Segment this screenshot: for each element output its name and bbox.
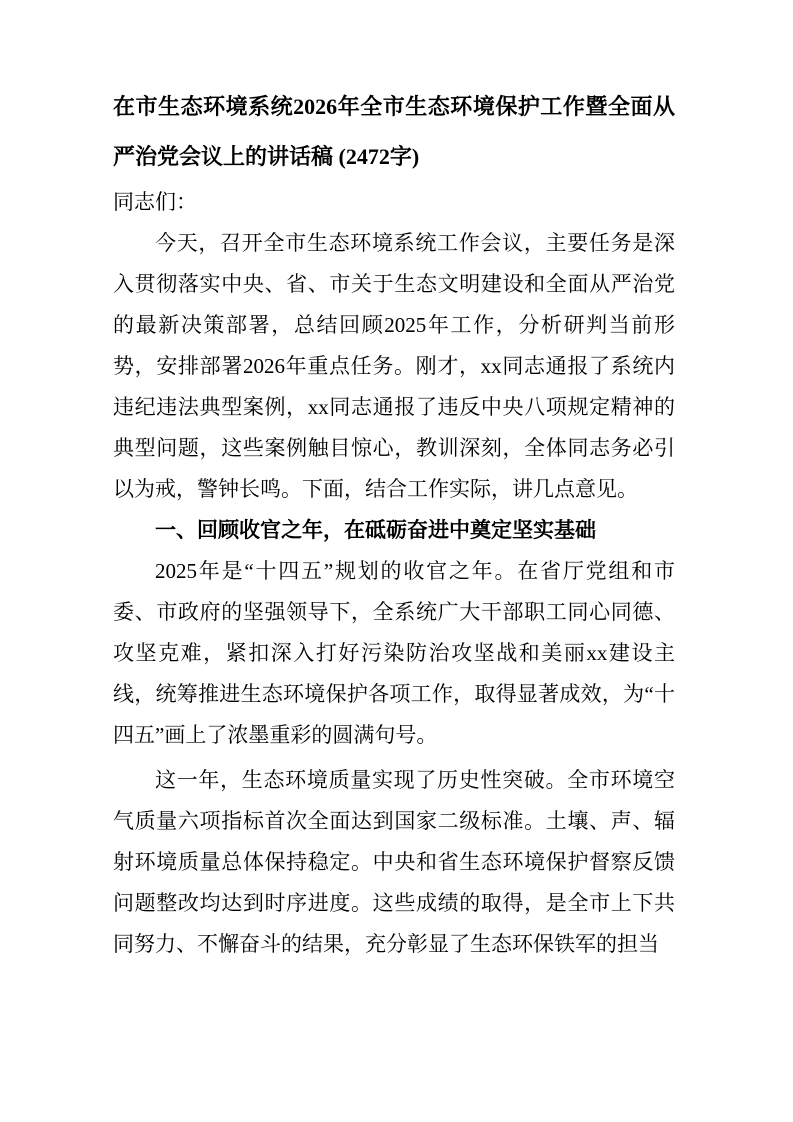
document-title: 在市生态环境系统2026年全市生态环境保护工作暨全面从严治党会议上的讲话稿 (2…: [113, 82, 675, 182]
document-page: 在市生态环境系统2026年全市生态环境保护工作暨全面从严治党会议上的讲话稿 (2…: [0, 0, 793, 1122]
paragraph-opening: 今天，召开全市生态环境系统工作会议，主要任务是深入贯彻落实中央、省、市关于生态文…: [113, 223, 675, 510]
paragraph-section1-review: 2025年是“十四五”规划的收官之年。在省厅党组和市委、市政府的坚强领导下，全系…: [113, 551, 675, 756]
paragraph-section1-achievements: 这一年，生态环境质量实现了历史性突破。全市环境空气质量六项指标首次全面达到国家二…: [113, 760, 675, 965]
section-heading-1: 一、回顾收官之年，在砥砺奋进中奠定坚实基础: [113, 510, 675, 551]
salutation: 同志们：: [113, 182, 675, 223]
document-body: 同志们： 今天，召开全市生态环境系统工作会议，主要任务是深入贯彻落实中央、省、市…: [113, 182, 675, 965]
